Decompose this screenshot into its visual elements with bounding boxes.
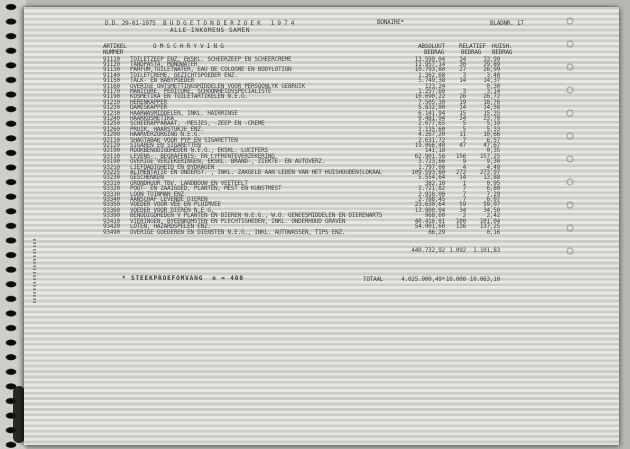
col-header-bedrag-relatief: BEDRAG [461, 50, 481, 55]
scanned-report-screenshot: { "header": { "date_label": "D.D. 29-01-… [0, 0, 630, 449]
report-title: B U D G E T O N D E R Z O E K 1 9 7 4 [163, 21, 294, 26]
total-huish: 10.063,10 [455, 277, 500, 282]
subtotal-huish: 1.101,83 [455, 248, 500, 253]
col-header-bedrag-absoluut: BEDRAG [424, 50, 444, 55]
col-header-bedrag-huish: BEDRAG [492, 50, 512, 55]
table-rows: 91110 TOILETZEEP ENZ. EKSKL. SCHEERZEEP … [24, 57, 619, 235]
report-date: D.D. 29-01-1975 [105, 21, 155, 26]
col-header-omschryving: O M S C H R Y V I N G [153, 44, 224, 49]
report-subtitle: ALLE INKOMENS SAMEN [170, 28, 250, 33]
subtotal-absoluut: 440.732,92 [370, 248, 445, 253]
huish-bedrag-cell: 0,16 [455, 230, 500, 235]
total-absoluut: 4.025.900,49* [370, 277, 445, 282]
artikel-nummer-cell: 93490 [103, 230, 120, 235]
omschryving-cell: OVERIGE GOEDEREN EN DIENSTEN N.E.G., INK… [130, 230, 345, 235]
page-number-label: BLADNR. 17 [490, 21, 524, 26]
spiral-binding [0, 0, 26, 449]
absoluut-bedrag-cell: 66,29 [370, 230, 445, 235]
region-label: BONAIRE* [377, 20, 404, 25]
col-header-nummer: NUMMER [103, 50, 123, 55]
total-row: TOTAAL 4.025.900,49* 10.000 10.063,10 [24, 277, 619, 282]
paper-page: D.D. 29-01-1975 B U D G E T O N D E R Z … [24, 7, 619, 445]
subtotal-row: 440.732,92 1.092 1.101,83 [24, 248, 619, 253]
table-row: 93490 OVERIGE GOEDEREN EN DIENSTEN N.E.G… [24, 230, 619, 235]
